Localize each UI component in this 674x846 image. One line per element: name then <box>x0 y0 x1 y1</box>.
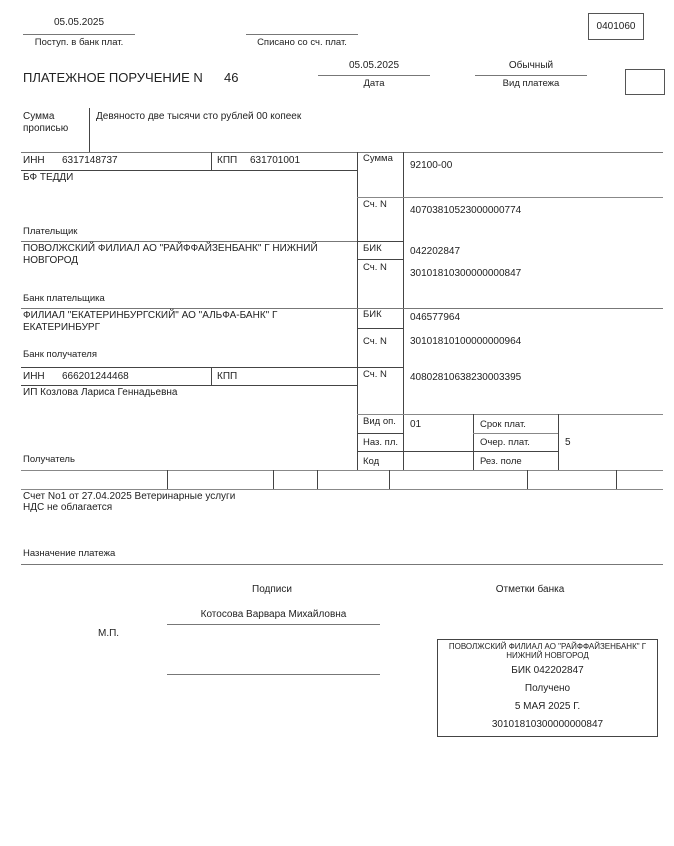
tax-field-1 <box>167 470 168 489</box>
due-label: Срок плат. <box>480 419 526 430</box>
payer-bank-bik-label: БИК <box>363 243 382 254</box>
amount-words-value: Девяносто две тысячи сто рублей 00 копее… <box>96 111 301 122</box>
reserve-label: Рез. поле <box>480 456 522 467</box>
received-label: Поступ. в банк плат. <box>23 37 135 48</box>
purpose-line <box>21 564 663 565</box>
bank-stamp: ПОВОЛЖСКИЙ ФИЛИАЛ АО "РАЙФФАЙЗЕНБАНК" Г … <box>437 639 658 737</box>
payer-bank-account: 30101810300000000847 <box>410 268 521 279</box>
payer-inn-label: ИНН <box>23 155 45 166</box>
op-type-label: Вид оп. <box>363 416 396 427</box>
priority-line <box>473 451 558 452</box>
document-number: 46 <box>224 70 238 85</box>
payer-kpp: 631701001 <box>250 155 300 166</box>
payee-inn: 666201244468 <box>62 371 129 382</box>
received-date-line <box>23 34 135 35</box>
tax-row-bottom <box>21 489 663 490</box>
tax-field-5 <box>527 470 528 489</box>
payee-bank-bik-line <box>357 328 403 329</box>
document-date-label: Дата <box>318 78 430 89</box>
payee-label: Получатель <box>23 454 75 465</box>
due-divider <box>473 414 474 470</box>
payer-name: БФ ТЕДДИ <box>23 172 73 183</box>
col-line-label-right <box>403 152 404 470</box>
priority-label: Очер. плат. <box>480 437 530 448</box>
row-line-top <box>21 152 663 153</box>
priority-value: 5 <box>565 437 571 448</box>
payee-bank-line <box>21 308 663 309</box>
status-box <box>625 69 665 95</box>
payee-line <box>21 367 403 368</box>
payer-account: 40703810523000000774 <box>410 205 521 216</box>
tax-field-2 <box>273 470 274 489</box>
signature-line-2 <box>167 674 380 675</box>
received-date: 05.05.2025 <box>23 17 135 28</box>
bank-stamp-bik: БИК 042202847 <box>438 665 657 676</box>
payer-inn: 6317148737 <box>62 155 118 166</box>
priority-value-divider <box>558 414 559 470</box>
signature-line-1 <box>167 624 380 625</box>
payer-inn-line <box>21 170 357 171</box>
document-title: ПЛАТЕЖНОЕ ПОРУЧЕНИЕ N <box>23 70 203 85</box>
document-date-line <box>318 75 430 76</box>
bank-marks-label: Отметки банка <box>435 584 625 595</box>
payer-sum: 92100-00 <box>410 160 452 171</box>
amount-words-divider <box>89 108 90 152</box>
payer-bank-line-left <box>21 241 357 242</box>
code-label: Код <box>363 456 379 467</box>
purpose-label: Назначение платежа <box>23 548 115 559</box>
payer-account-label: Сч. N <box>363 199 387 210</box>
purpose-line-2: НДС не облагается <box>23 502 112 513</box>
bank-stamp-date: 5 МАЯ 2025 Г. <box>438 701 657 712</box>
due-line <box>473 433 558 434</box>
payee-account: 40802810638230003395 <box>410 372 521 383</box>
payer-bank-name: ПОВОЛЖСКИЙ ФИЛИАЛ АО "РАЙФФАЙЗЕНБАНК" Г … <box>23 243 343 267</box>
payment-type-line <box>475 75 587 76</box>
payer-bank-account-label: Сч. N <box>363 262 387 273</box>
tax-field-3 <box>317 470 318 489</box>
purpose-code-label: Наз. пл. <box>363 437 398 448</box>
payee-bank-account-label: Сч. N <box>363 336 387 347</box>
payee-account-label: Сч. N <box>363 369 387 380</box>
payee-bank-bik: 046577964 <box>410 312 460 323</box>
amount-words-label: Сумма прописью <box>23 111 83 135</box>
payment-type: Обычный <box>475 60 587 71</box>
payer-bank-line-mid <box>357 241 403 242</box>
signer-name: Котосова Варвара Михайловна <box>167 609 380 620</box>
payee-bank-label: Банк получателя <box>23 349 97 360</box>
op-type: 01 <box>410 419 421 430</box>
debited-date-line <box>246 34 358 35</box>
payee-kpp-divider <box>211 367 212 385</box>
payer-sum-label: Сумма <box>363 153 393 164</box>
payee-inn-line <box>21 385 357 386</box>
sum-account-line <box>357 197 663 198</box>
payee-bank-account: 30101810100000000964 <box>410 336 521 347</box>
payer-kpp-divider <box>211 152 212 170</box>
tax-field-6 <box>616 470 617 489</box>
payer-bank-bik-line <box>357 259 403 260</box>
debited-label: Списано со сч. плат. <box>246 37 358 48</box>
stamp-placeholder: М.П. <box>98 628 119 639</box>
payee-name: ИП Козлова Лариса Геннадьевна <box>23 387 177 398</box>
tax-field-4 <box>389 470 390 489</box>
payment-type-label: Вид платежа <box>475 78 587 89</box>
payer-label: Плательщик <box>23 226 77 237</box>
tax-row-top <box>21 470 663 471</box>
payee-bank-bik-label: БИК <box>363 309 382 320</box>
col-line-label-left <box>357 152 358 470</box>
bank-stamp-account: 30101810300000000847 <box>438 719 657 730</box>
op-type-line <box>357 433 403 434</box>
form-code: 0401060 <box>588 13 644 40</box>
bank-stamp-bank: ПОВОЛЖСКИЙ ФИЛИАЛ АО "РАЙФФАЙЗЕНБАНК" Г … <box>438 642 657 660</box>
payee-kpp-label: КПП <box>217 371 237 382</box>
payer-kpp-label: КПП <box>217 155 237 166</box>
payer-bank-label: Банк плательщика <box>23 293 105 304</box>
signatures-label: Подписи <box>167 584 377 595</box>
codes-top-line <box>357 414 663 415</box>
payee-bank-name: ФИЛИАЛ "ЕКАТЕРИНБУРГСКИЙ" АО "АЛЬФА-БАНК… <box>23 310 343 334</box>
purpose-line-1: Счет No1 от 27.04.2025 Ветеринарные услу… <box>23 491 235 502</box>
payee-inn-label: ИНН <box>23 371 45 382</box>
payer-bank-bik: 042202847 <box>410 246 460 257</box>
document-date: 05.05.2025 <box>318 60 430 71</box>
bank-stamp-status: Получено <box>438 683 657 694</box>
purpose-code-line <box>357 451 473 452</box>
